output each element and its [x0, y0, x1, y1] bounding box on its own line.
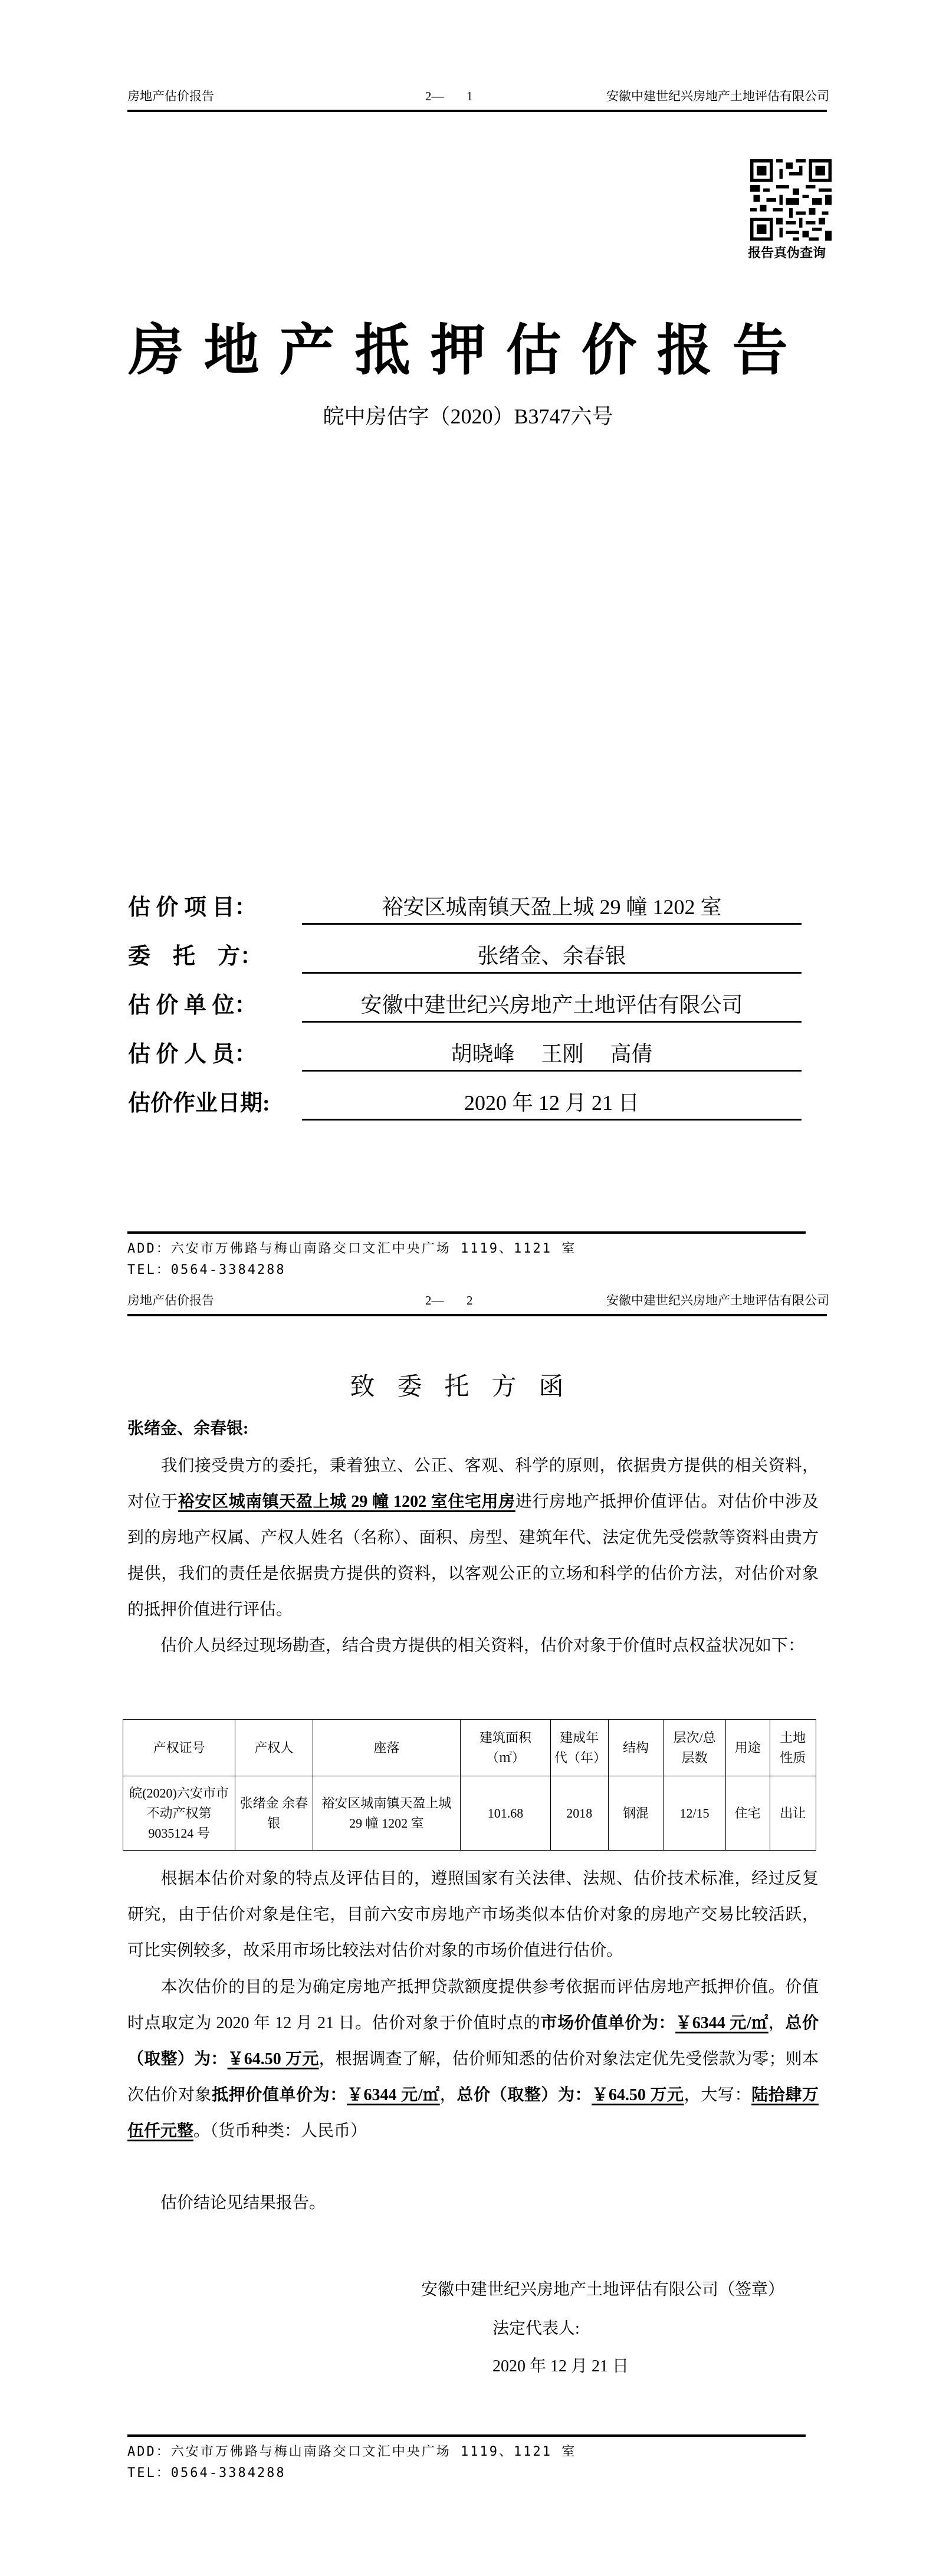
info-row-date: 估价作业日期: 2020 年 12 月 21 日	[128, 1080, 818, 1121]
cell-cert-no: 皖(2020)六安市市不动产权第 9035124 号	[123, 1776, 235, 1851]
property-address-highlight: 裕安区城南镇天盈上城 29 幢 1202 室住宅用房	[178, 1493, 515, 1511]
cell-year: 2018	[550, 1776, 608, 1851]
mortgage-unit-price: ￥6344 元/㎡	[347, 2086, 440, 2104]
info-label: 估 价 人 员：	[128, 1036, 257, 1068]
mortgage-total-price: ￥64.50 万元	[592, 2086, 684, 2104]
header-page-number: 1	[467, 87, 473, 105]
col-land-nature: 土地性质	[770, 1720, 816, 1776]
page-header: 房地产估价报告 2— 1 安徽中建世纪兴房地产土地评估有限公司	[127, 83, 827, 112]
info-value: 张绪金、余春银	[302, 939, 802, 974]
info-row-appraiser-unit: 估 价 单 位： 安徽中建世纪兴房地产土地评估有限公司	[128, 983, 818, 1023]
info-value: 安徽中建世纪兴房地产土地评估有限公司	[302, 988, 802, 1023]
cell-location: 裕安区城南镇天盈上城 29 幢 1202 室	[313, 1776, 461, 1851]
footer-address: ADD：六安市万佛路与梅山南路交口文汇中央广场 1119、1121 室	[127, 2442, 576, 2463]
header-company: 安徽中建世纪兴房地产土地评估有限公司	[606, 87, 829, 105]
header-doc-type: 房地产估价报告	[127, 87, 214, 105]
letter-addressee: 张绪金、余春银:	[127, 1415, 248, 1439]
info-value: 胡晓峰 王刚 高倩	[302, 1037, 802, 1072]
col-year: 建成年代（年）	[550, 1720, 608, 1776]
page-header: 房地产估价报告 2— 2 安徽中建世纪兴房地产土地评估有限公司	[127, 1287, 827, 1316]
cell-floor: 12/15	[664, 1776, 726, 1851]
signature-company: 安徽中建世纪兴房地产土地评估有限公司（签章）	[421, 2276, 784, 2300]
header-doc-type: 房地产估价报告	[127, 1292, 214, 1309]
info-row-client: 委 托 方： 张绪金、余春银	[128, 934, 818, 974]
market-unit-price: ￥6344 元/㎡	[675, 2014, 768, 2032]
col-use: 用途	[725, 1720, 770, 1776]
cell-owner: 张绪金 余春银	[235, 1776, 313, 1851]
footer-tel: TEL：0564-3384288	[127, 1260, 286, 1281]
footer-tel: TEL：0564-3384288	[127, 2463, 286, 2484]
signature-legal-rep: 法定代表人:	[492, 2315, 580, 2339]
info-label: 委 托 方：	[128, 938, 262, 970]
market-total-price: ￥64.50 万元	[228, 2050, 319, 2068]
qr-code-icon[interactable]	[750, 159, 832, 241]
report-title: 房地产抵押估价报告	[118, 305, 818, 385]
paragraph-survey: 估价人员经过现场勘查，结合贵方提供的相关资料，估价对象于价值时点权益状况如下：	[127, 1628, 819, 1664]
property-rights-table: 产权证号 产权人 座落 建筑面积（㎡） 建成年代（年） 结构 层次/总层数 用途…	[123, 1719, 816, 1851]
paragraph-method: 根据本估价对象的特点及评估目的，遵照国家有关法律、法规、估价技术标准，经过反复研…	[127, 1861, 819, 1969]
header-page-number: 2	[467, 1292, 473, 1309]
report-number: 皖中房估字（2020）B3747六号	[118, 400, 818, 430]
paragraph-valuation-result: 本次估价的目的是为确定房地产抵押贷款额度提供参考依据而评估房地产抵押价值。价值时…	[127, 1969, 819, 2149]
col-cert-no: 产权证号	[123, 1720, 235, 1776]
table-row: 皖(2020)六安市市不动产权第 9035124 号 张绪金 余春银 裕安区城南…	[123, 1776, 816, 1851]
info-row-appraisers: 估 价 人 员： 胡晓峰 王刚 高倩	[128, 1031, 818, 1072]
cell-land-nature: 出让	[770, 1776, 816, 1851]
cell-area: 101.68	[461, 1776, 551, 1851]
signature-date: 2020 年 12 月 21 日	[492, 2353, 629, 2377]
cell-use: 住宅	[725, 1776, 770, 1851]
table-header-row: 产权证号 产权人 座落 建筑面积（㎡） 建成年代（年） 结构 层次/总层数 用途…	[123, 1720, 816, 1776]
paragraph-intro: 我们接受贵方的委托，秉着独立、公正、客观、科学的原则，依据贵方提供的相关资料，对…	[127, 1448, 819, 1628]
col-area: 建筑面积（㎡）	[461, 1720, 551, 1776]
col-floor: 层次/总层数	[664, 1720, 726, 1776]
info-row-project: 估 价 项 目： 裕安区城南镇天盈上城 29 幢 1202 室	[128, 885, 818, 925]
header-page-prefix: 2—	[425, 1292, 444, 1309]
col-owner: 产权人	[235, 1720, 313, 1776]
info-label: 估价作业日期:	[128, 1085, 270, 1117]
header-page-prefix: 2—	[425, 87, 444, 105]
footer-divider	[127, 2434, 806, 2437]
cell-structure: 钢混	[608, 1776, 664, 1851]
letter-title: 致委托方函	[118, 1367, 818, 1402]
info-label: 估 价 项 目：	[128, 889, 257, 921]
info-value: 2020 年 12 月 21 日	[302, 1086, 802, 1121]
info-label: 估 价 单 位：	[128, 987, 257, 1019]
col-structure: 结构	[608, 1720, 664, 1776]
paragraph-conclusion: 估价结论见结果报告。	[127, 2185, 819, 2221]
col-location: 座落	[313, 1720, 461, 1776]
header-company: 安徽中建世纪兴房地产土地评估有限公司	[606, 1292, 829, 1309]
qr-code-label: 报告真伪查询	[748, 243, 836, 261]
footer-divider	[127, 1231, 806, 1234]
info-value: 裕安区城南镇天盈上城 29 幢 1202 室	[302, 891, 802, 925]
footer-address: ADD：六安市万佛路与梅山南路交口文汇中央广场 1119、1121 室	[127, 1238, 576, 1260]
